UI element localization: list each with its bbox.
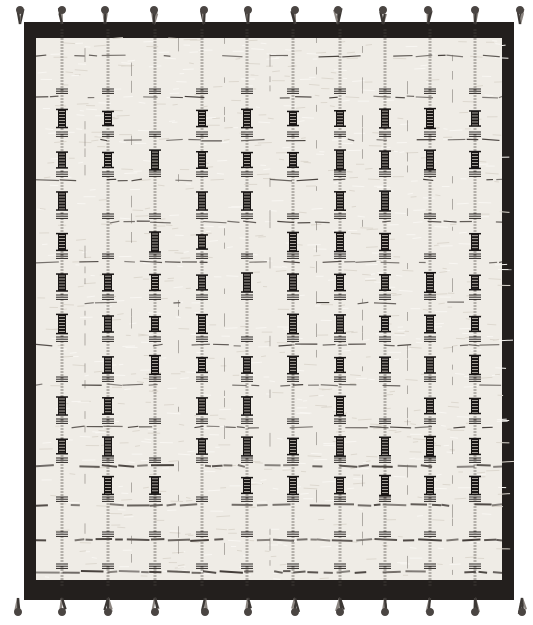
grid-line <box>180 504 197 505</box>
pattern-block <box>336 437 344 456</box>
grid-line <box>122 384 143 385</box>
pattern-block <box>426 315 434 332</box>
grid-line <box>499 262 502 263</box>
grid-line <box>496 540 502 541</box>
pattern-block <box>58 109 66 127</box>
rug-photo <box>0 0 533 625</box>
grid-line <box>273 540 294 541</box>
pattern-block <box>381 437 389 455</box>
pattern-block <box>198 315 206 334</box>
pattern-block <box>336 315 344 333</box>
pattern-block <box>58 192 66 210</box>
grid-line <box>168 540 190 541</box>
grid-line <box>205 466 211 467</box>
grid-line <box>167 504 176 505</box>
grid-line <box>393 56 412 57</box>
grid-line <box>108 572 118 573</box>
grid-line <box>383 505 407 506</box>
grid-line <box>167 571 190 572</box>
pattern-block <box>243 109 251 127</box>
grid-line <box>356 539 372 540</box>
pattern-block <box>58 397 66 415</box>
grid-line <box>119 571 140 572</box>
pattern-block <box>336 396 344 415</box>
grid-line <box>315 222 330 223</box>
grid-line <box>460 345 468 346</box>
grid-line <box>489 262 497 263</box>
grid-line <box>149 384 158 385</box>
grid-line <box>36 505 48 506</box>
grid-line <box>127 539 150 540</box>
pattern-block <box>336 192 344 210</box>
grid-line <box>374 505 381 506</box>
pattern-block <box>471 355 479 374</box>
grid-line <box>319 56 340 57</box>
pattern-block <box>426 477 434 495</box>
grid-line <box>493 572 502 573</box>
grid-line <box>390 427 411 428</box>
grid-line <box>480 345 500 346</box>
grid-line <box>492 504 502 505</box>
grid-line <box>36 465 54 466</box>
pattern-block <box>243 397 251 415</box>
grid-line <box>150 222 171 223</box>
grid-line <box>293 572 305 573</box>
pattern-block <box>289 232 297 251</box>
grid-line <box>339 466 357 467</box>
grid-line <box>175 180 192 181</box>
grid-line <box>280 385 290 386</box>
grid-line <box>462 540 480 541</box>
grid-line <box>317 539 331 540</box>
grid-line <box>416 97 433 98</box>
rug-illustration <box>0 0 533 625</box>
grid-line <box>432 505 441 506</box>
grid-line <box>124 261 135 262</box>
pattern-block <box>289 477 297 495</box>
grid-line <box>137 465 148 466</box>
grid-line <box>383 572 401 573</box>
pattern-block <box>198 192 206 210</box>
pattern-block <box>104 477 112 495</box>
grid-line <box>293 385 303 386</box>
pattern-block <box>243 192 251 210</box>
grid-line <box>110 504 124 505</box>
pattern-block <box>381 109 389 128</box>
grid-line <box>358 465 369 466</box>
grid-line <box>381 262 400 263</box>
pattern-block <box>151 356 159 375</box>
pattern-block <box>336 232 344 251</box>
grid-line <box>329 97 337 98</box>
grid-line <box>164 56 171 57</box>
grid-line <box>482 97 498 98</box>
grid-line <box>442 505 450 506</box>
grid-line <box>332 540 353 541</box>
grid-line <box>95 302 117 303</box>
grid-line <box>212 466 223 467</box>
grid-line <box>75 539 85 540</box>
pattern-block <box>289 356 297 373</box>
pattern-block <box>243 437 251 456</box>
grid-line <box>358 505 371 506</box>
pattern-block <box>58 314 66 333</box>
pattern-block <box>381 151 389 169</box>
grid-line <box>273 504 291 505</box>
grid-line <box>150 505 163 506</box>
grid-line <box>190 540 209 541</box>
pattern-block <box>471 476 479 494</box>
grid-line <box>479 572 488 573</box>
grid-line <box>79 466 99 467</box>
pattern-block <box>289 314 297 333</box>
grid-line <box>89 55 97 56</box>
pattern-block <box>151 477 159 494</box>
grid-line <box>355 572 367 573</box>
grid-line <box>446 539 458 540</box>
grid-line <box>50 96 59 97</box>
pattern-block <box>243 273 251 292</box>
grid-line <box>118 465 134 466</box>
grid-line <box>36 180 59 181</box>
pattern-block <box>104 437 112 456</box>
